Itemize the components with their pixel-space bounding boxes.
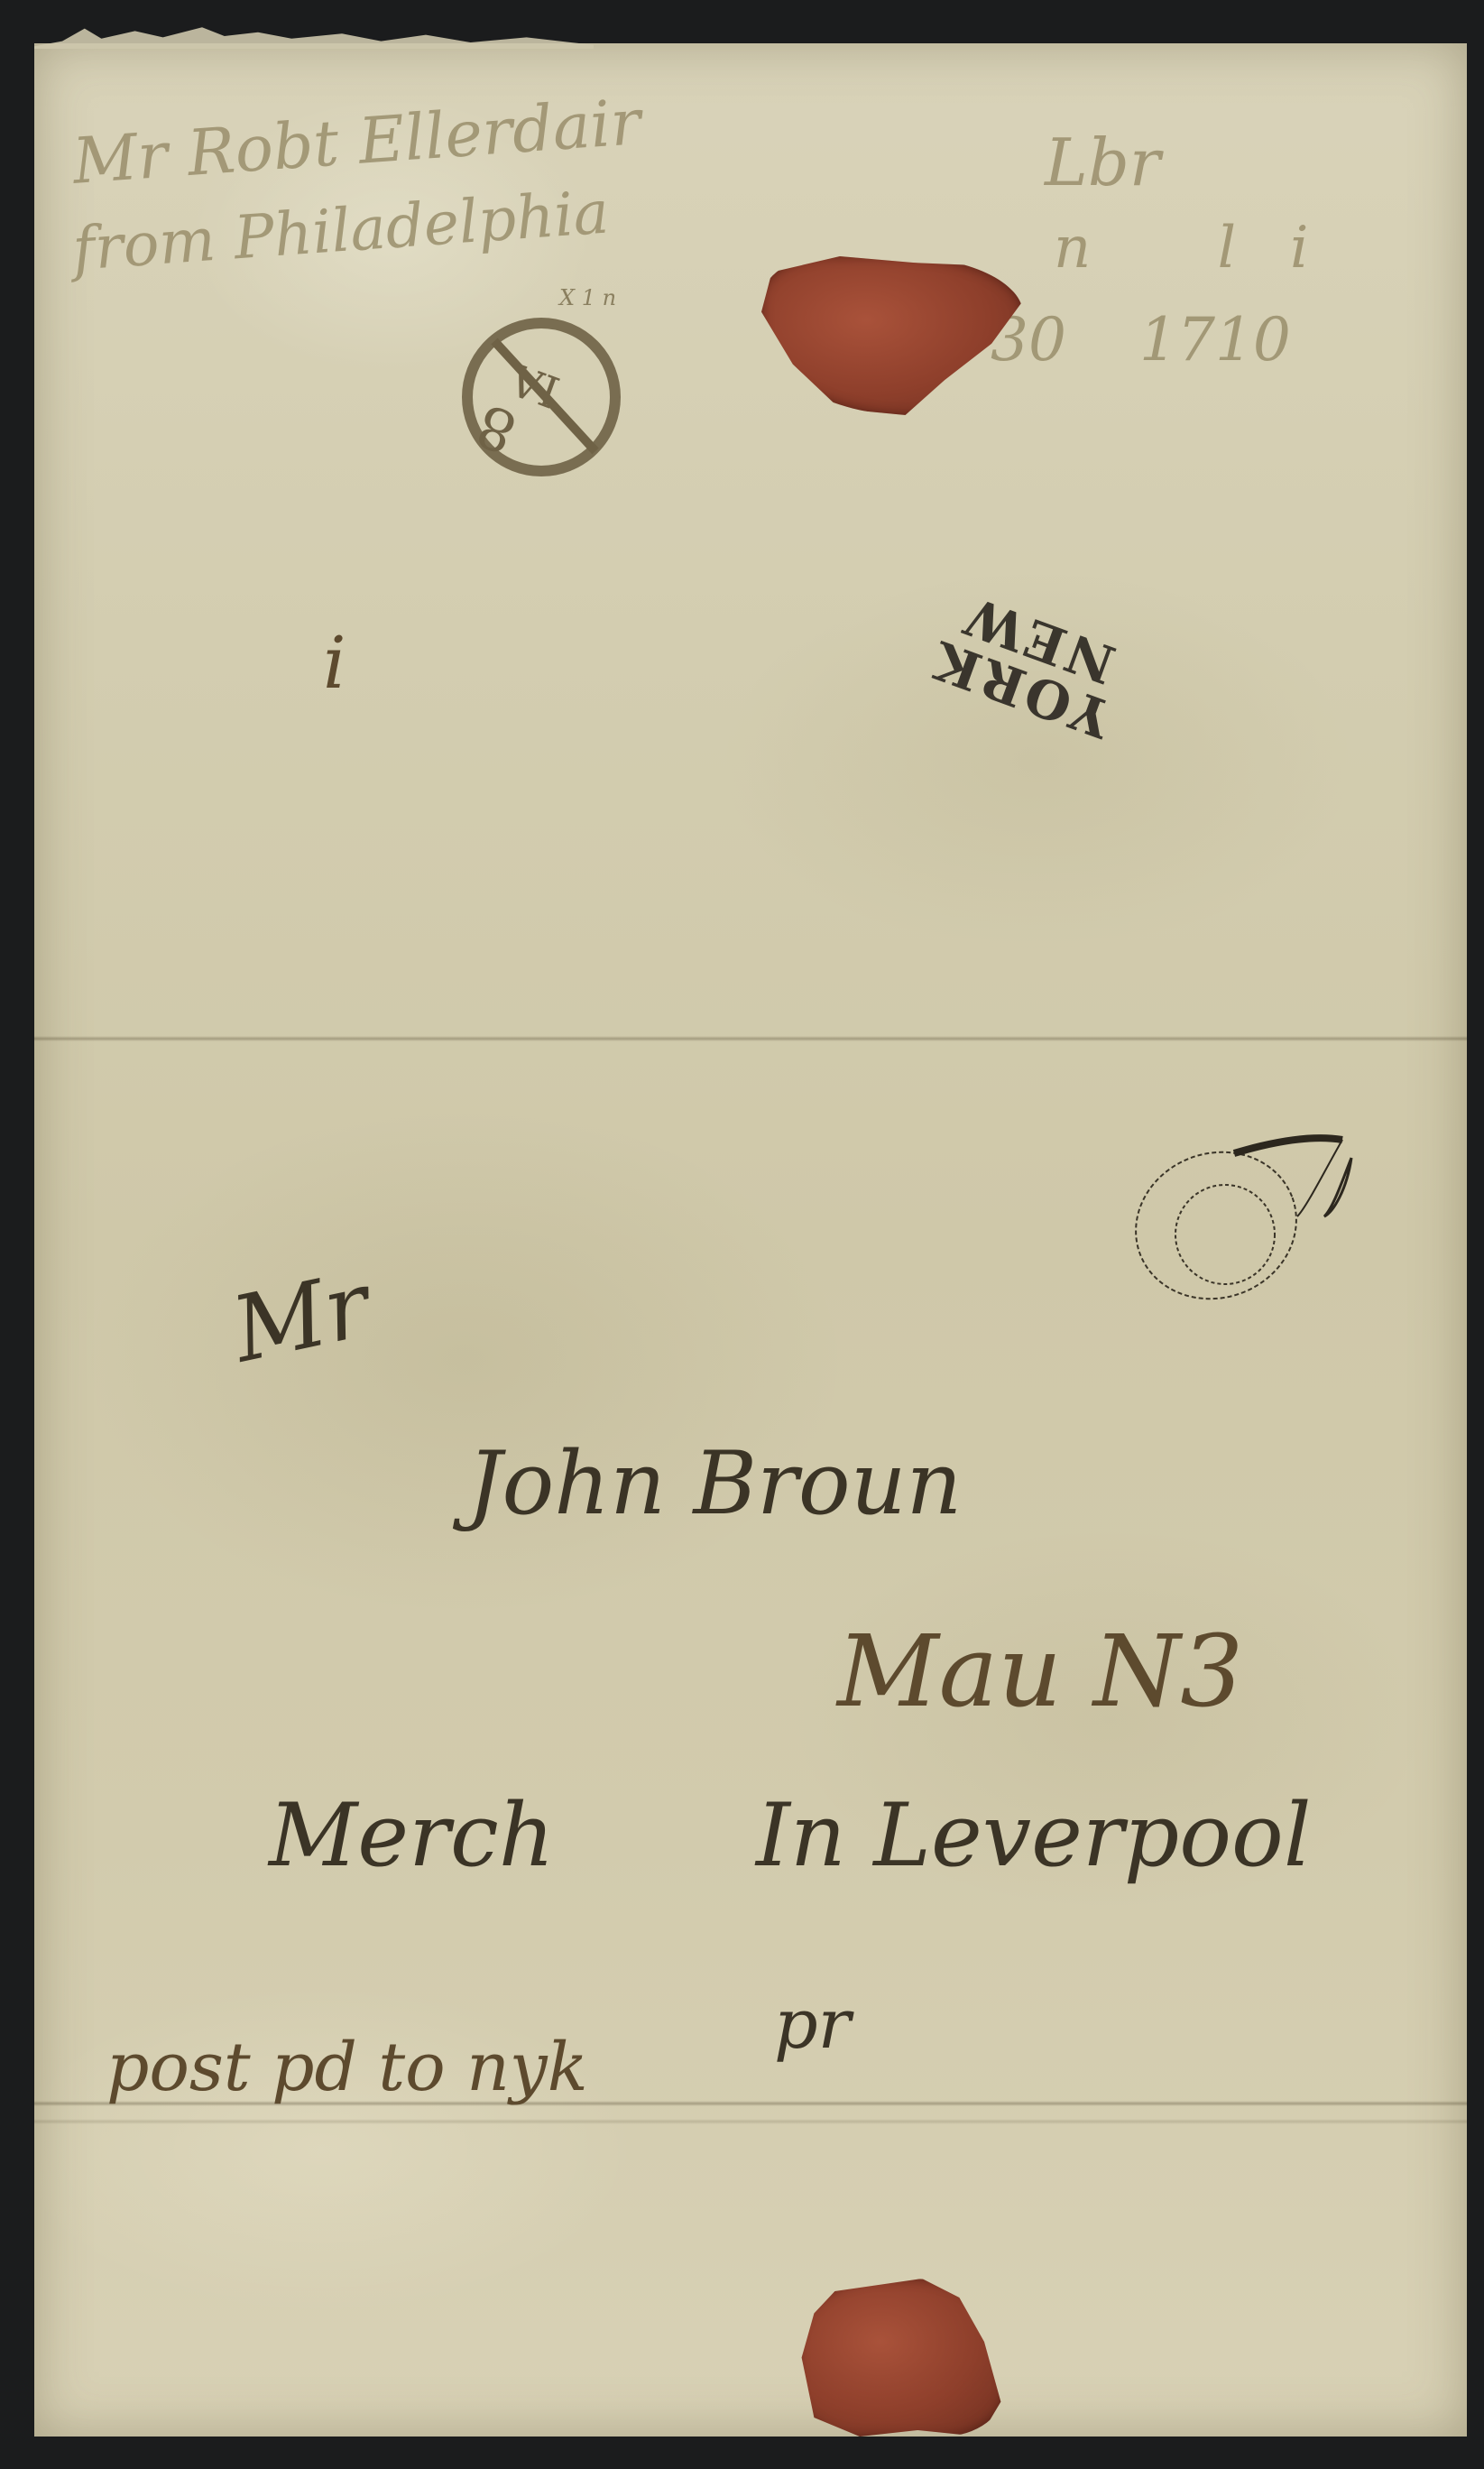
postage-note: post pd to nyk [106,2029,588,2106]
new-york-handstamp: YORK NEW [924,583,1135,745]
torn-edge [34,23,594,49]
address-salutation: Mr [224,1252,378,1383]
fold-line [34,1036,1467,1041]
address-number: Mau N3 [837,1614,1243,1729]
address-forwarding: pr [774,1984,851,2064]
address-merchant: Merch [269,1785,555,1886]
letter-sheet: Mr Robt Ellerdair from Philadelphia Lbr … [34,43,1467,2437]
docket-origin: from Philadelphia [70,177,611,283]
docket-date-line1: Lbr [1045,125,1160,200]
wax-seal-bottom [797,2279,1005,2437]
address-city: In Leverpool [756,1785,1312,1886]
rate-mark-icon [1099,1099,1369,1316]
fold-line [34,2119,1467,2124]
docket-date-line2: n li [1054,215,1363,282]
address-name: John Broun [467,1433,962,1534]
wax-seal-top [761,256,1023,415]
svg-text:X 1 n: X 1 n [558,285,616,310]
docket-date-line3: 30 1710 [991,305,1291,375]
circular-postmark-icon: IA 8 X 1 n [424,271,659,505]
side-mark: i [323,621,346,705]
